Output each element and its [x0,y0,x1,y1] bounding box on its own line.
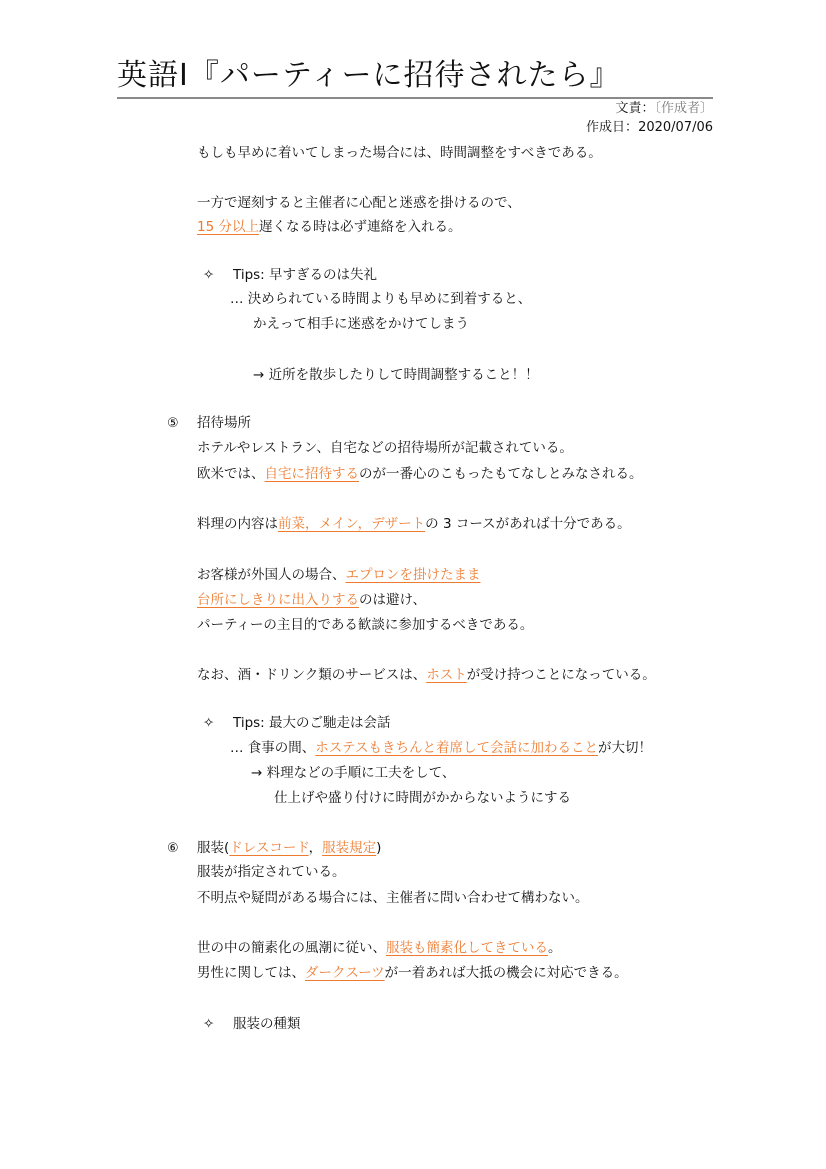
highlight-text: 服装規定 [322,840,376,856]
tip-title: Tips: 最大のご馳走は会話 [233,715,391,731]
highlight-text: エプロンを掛けたまま [346,567,481,583]
paragraph-line: 欧米では、自宅に招待するのが一番心のこもったもてなしとみなされる。 [197,464,643,484]
date-value: 2020/07/06 [638,120,713,135]
tip-heading: ✧服装の種類 [203,1014,301,1034]
paragraph-line: 男性に関しては、ダークスーツが一着あれば大抵の機会に対応できる。 [197,963,628,983]
sparkle-icon: ✧ [203,1014,233,1034]
sparkle-icon: ✧ [203,265,233,285]
text: なお、酒・ドリンク類のサービスは、 [197,667,426,683]
text: 男性に関しては、 [197,965,305,981]
author-line: 文責：〔作成者〕 [615,100,713,118]
paragraph-line: もしも早めに着いてしまった場合には、時間調整をすべきである。 [197,143,602,163]
paragraph-line: 台所にしきりに出入りするのは避け、 [197,590,426,610]
paragraph-line: 一方で遅刻すると主催者に心配と迷惑を掛けるので、 [197,193,521,213]
title-divider [117,97,713,99]
tip-line: → 近所を散歩したりして時間調整すること！！ [253,365,539,385]
tip-line: 仕上げや盛り付けに時間がかからないようにする [274,788,571,808]
tip-heading: ✧Tips: 最大のご馳走は会話 [203,713,391,733]
circled-number: ⑤ [167,414,197,434]
text: のは避け、 [359,592,426,608]
text: お客様が外国人の場合、 [197,567,346,583]
tip-title: Tips: 早すぎるのは失礼 [233,267,377,283]
section-heading-6: ⑥服装(ドレスコード，服装規定) [167,838,381,859]
highlight-text: 15 分以上 [197,219,259,235]
text: ， [309,840,323,856]
text: が一着あれば大抵の機会に対応できる。 [385,965,628,981]
highlight-text: ホステスもきちんと着席して会話に加わること [315,740,598,756]
highlight-text: 自宅に招待する [265,466,360,482]
circled-number: ⑥ [167,839,197,859]
text: ) [376,840,381,856]
section-heading-5: ⑤招待場所 [167,413,251,434]
author-value: 〔作成者〕 [654,101,713,116]
text: … 食事の間、 [230,740,315,756]
paragraph-line: ホテルやレストラン、自宅などの招待場所が記載されている。 [197,438,573,458]
date-label: 作成日： [586,120,638,135]
paragraph-line: お客様が外国人の場合、エプロンを掛けたまま [197,565,481,585]
text: 。 [548,940,562,956]
tip-line: → 料理などの手順に工夫をして、 [251,763,455,783]
section-title: 招待場所 [197,415,251,431]
highlight-text: ダークスーツ [305,965,385,981]
paragraph-line: 料理の内容は前菜，メイン，デザートの 3 コースがあれば十分である。 [197,514,631,534]
text: 欧米では、 [197,466,265,482]
text: 遅くなる時は必ず連絡を入れる。 [259,219,462,235]
author-label: 文責： [615,101,654,116]
tip-heading: ✧Tips: 早すぎるのは失礼 [203,265,377,285]
highlight-text: ドレスコード [229,840,308,856]
highlight-text: 服装も簡素化してきている [386,940,548,956]
text: 料理の内容は [197,516,278,532]
paragraph-line: パーティーの主目的である歓談に参加するべきである。 [197,615,533,635]
highlight-text: 前菜，メイン，デザート [278,516,425,532]
tip-line: かえって相手に迷惑をかけてしまう [253,314,469,334]
paragraph-line: 世の中の簡素化の風潮に従い、服装も簡素化してきている。 [197,938,562,958]
highlight-text: ホスト [426,667,467,683]
text: の 3 コースがあれば十分である。 [425,516,631,532]
date-line: 作成日：2020/07/06 [586,119,713,137]
text: 世の中の簡素化の風潮に従い、 [197,940,386,956]
text: 服装( [197,840,229,856]
text: のが一番心のこもったもてなしとみなされる。 [359,466,643,482]
sparkle-icon: ✧ [203,713,233,733]
text: が受け持つことになっている。 [467,667,656,683]
paragraph-line: 15 分以上遅くなる時は必ず連絡を入れる。 [197,217,461,237]
tip-title: 服装の種類 [233,1016,301,1032]
document-title: 英語Ⅰ『パーティーに招待されたら』 [117,58,620,94]
tip-line: … 決められている時間よりも早めに到着すると、 [230,289,531,309]
paragraph-line: 不明点や疑問がある場合には、主催者に問い合わせて構わない。 [197,888,589,908]
paragraph-line: なお、酒・ドリンク類のサービスは、ホストが受け持つことになっている。 [197,665,656,685]
text: が大切！ [598,740,652,756]
tip-line: … 食事の間、ホステスもきちんと着席して会話に加わることが大切！ [230,738,652,758]
paragraph-line: 服装が指定されている。 [197,862,346,882]
highlight-text: 台所にしきりに出入りする [197,592,359,608]
